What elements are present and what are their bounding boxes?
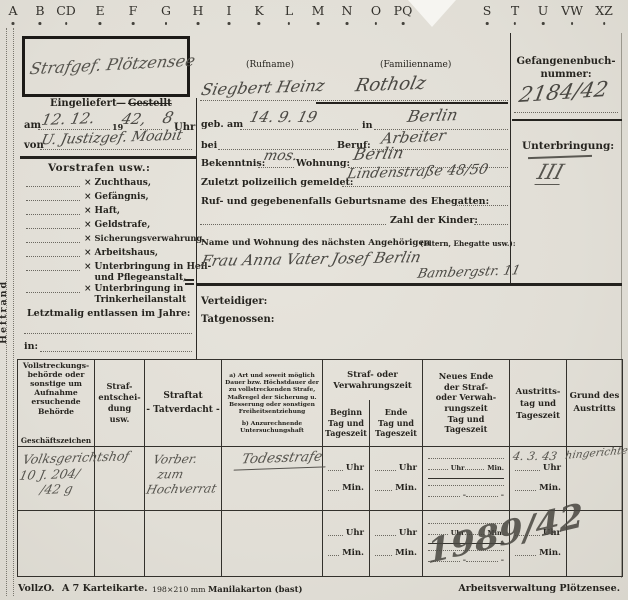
alphabet-tab: VW [561, 3, 583, 25]
familienname-label: (Familienname) [380, 60, 451, 70]
tab-dot [288, 22, 291, 25]
alphabet-tab: A [8, 3, 17, 25]
prisoner-index-card: A B CD E F G H I K L M N O PQ S T U VW X… [0, 0, 628, 600]
cell-straftat [145, 511, 222, 577]
alphabet-letter: I [227, 3, 232, 18]
registration-mark [185, 283, 194, 285]
unterbringung-label: Unterbringung: [522, 140, 614, 152]
rule [328, 555, 339, 556]
vorstrafen-item: ×Sicherungsverwahrung, [26, 234, 205, 244]
vorstrafen-item: ×Unterbringung in Trinkerheilanstalt [26, 284, 186, 306]
rule [428, 496, 460, 497]
rule [466, 496, 498, 497]
rule [200, 224, 386, 225]
cross-mark: × [84, 220, 92, 230]
registration-mark [185, 279, 194, 281]
prison-name-box: Strafgef. Plötzensee [22, 36, 190, 97]
surname-underline [316, 102, 508, 104]
rule [515, 490, 536, 491]
section-rule [196, 283, 622, 286]
rule [40, 149, 192, 150]
birthdate-handwriting: 14. 9. 19 [248, 108, 319, 126]
tab-dot [375, 22, 378, 25]
rule [428, 469, 448, 470]
alphabet-tab: L [285, 3, 293, 25]
header-straftat: Straftat - Tatverdacht - [145, 360, 222, 447]
in-label: in [362, 120, 373, 131]
tab-dot [132, 22, 135, 25]
vorstrafen-item: ×Gefängnis, [26, 192, 149, 203]
tatgenossen-label: Tatgenossen: [201, 314, 274, 325]
vorstrafen-item: ×Unterbringung in Heil- und Pflegeanstal… [26, 262, 211, 284]
alphabet-letter: CD [56, 3, 76, 18]
cell-neues-ende: UhrMin. –– [423, 447, 510, 511]
prison-name-handwriting: Strafgef. Plötzensee [28, 51, 197, 79]
pencil-underline [528, 155, 592, 159]
tab-dot [165, 22, 168, 25]
alphabet-letter: T [511, 3, 519, 18]
geb-am-label: geb. am [201, 119, 243, 130]
index-notch-cutout [408, 0, 456, 27]
in-label: in: [24, 341, 38, 352]
rule [452, 205, 508, 206]
footer-administration-label: Arbeitsverwaltung Plötzensee. [458, 583, 620, 594]
delivered-from-handwriting: U. Justizgef. Moabit [40, 128, 184, 149]
rule [515, 470, 540, 471]
alphabet-letter: G [161, 3, 171, 18]
rule [328, 490, 339, 491]
rule [24, 333, 192, 334]
rule [26, 262, 80, 271]
rule [375, 535, 396, 536]
alphabet-tab: O [371, 3, 381, 25]
registered-address-handwriting: Lindenstraße 48/50 [346, 162, 490, 183]
cell-ende: Uhr Min. [370, 511, 423, 577]
heftrand-label: Heftrand [0, 252, 9, 344]
cell-ende: Uhr Min. [370, 447, 423, 511]
rule [26, 192, 80, 201]
alphabet-letter: N [342, 3, 353, 18]
alphabet-tab: M [312, 3, 325, 25]
letztmalig-label: Letztmalig entlassen im Jahre: [27, 308, 190, 319]
eingeliefert-label: Eingeliefert [50, 98, 117, 109]
wohnung-label: Wohnung: [296, 158, 350, 169]
tab-dot [99, 22, 102, 25]
alphabet-letter: K [254, 3, 263, 18]
tab-dot [258, 22, 261, 25]
rule [465, 469, 485, 470]
rule [26, 248, 80, 257]
court-case-handwriting: Volksgerichtshof 10 J. 204/ /42 g [15, 448, 131, 499]
rule [200, 100, 508, 101]
vorstrafen-item: ×Zuchthaus, [26, 178, 151, 189]
prisoner-number-handwriting: 2184/42 [517, 77, 610, 107]
tab-dot [514, 22, 517, 25]
cross-mark: × [84, 262, 92, 272]
cell-behoerde [18, 511, 95, 577]
alphabet-tab: U [538, 3, 549, 25]
left-column-divider [196, 98, 197, 359]
rule [328, 470, 343, 471]
binding-margin-line [13, 28, 14, 596]
alphabet-letter: U [538, 3, 549, 18]
cross-mark: × [84, 192, 92, 202]
tab-dot [65, 22, 68, 25]
ehegatte-label: Ruf- und gegebenenfalls Geburtsname des … [201, 196, 489, 207]
cell-beginn: Uhr Min. [323, 447, 370, 511]
header-ende: Ende Tag und Tageszeit [370, 400, 423, 447]
exit-date-handwriting: 4. 3. 43 [512, 449, 559, 463]
tab-dot [12, 22, 15, 25]
rule [328, 535, 343, 536]
alphabet-tab: S [483, 3, 492, 25]
tab-dot [39, 22, 42, 25]
footer-material-label: Manilakarton (bast) [208, 584, 302, 594]
tab-dot [571, 22, 574, 25]
rule [428, 478, 504, 480]
bei-label: bei [201, 140, 217, 151]
vorstrafen-item: ×Geldstrafe, [26, 220, 150, 231]
cell-beginn: Uhr Min. [323, 511, 370, 577]
surname-handwriting: Rotholz [353, 73, 427, 96]
alphabet-letter: E [95, 3, 104, 18]
given-name-handwriting: Siegbert Heinz [199, 76, 326, 99]
cross-mark: × [84, 234, 92, 244]
section-rule [512, 119, 622, 121]
vorstrafen-item: ×Haft, [26, 206, 120, 217]
footer-dimensions-label: 198×210 mm [152, 585, 206, 594]
rule [375, 555, 392, 556]
header-austrittstag: Austritts- tag und Tageszeit [510, 360, 567, 447]
rule [428, 458, 504, 459]
alphabet-letter: F [129, 3, 138, 18]
alphabet-letter: O [371, 3, 381, 18]
cross-mark: × [84, 178, 92, 188]
vorstrafen-item: ×Arbeitshaus, [26, 248, 158, 259]
dash-label: — [116, 98, 126, 109]
alphabet-letter: A [8, 3, 17, 18]
rule [26, 234, 80, 243]
alphabet-letter: B [35, 3, 44, 18]
verteidiger-label: Verteidiger: [201, 296, 267, 307]
alphabet-tab: B [35, 3, 44, 25]
header-verwahrungszeit-group: Straf- oder Verwahrungszeit [323, 360, 423, 400]
next-of-kin-address-handwriting: Bambergstr. 11 [416, 263, 522, 282]
tab-dot [197, 22, 200, 25]
alphabet-letter: L [285, 3, 293, 18]
header-vollstreckungsbehoerde: Vollstreckungs- behörde oder sonstige um… [18, 360, 95, 447]
footer-vollzo-label: VollzO. [18, 583, 54, 594]
rule [375, 490, 392, 491]
vorstrafen-title: Vorstrafen usw.: [48, 162, 150, 174]
rule [258, 167, 294, 168]
alphabet-tab: N [342, 3, 353, 25]
tab-dot [317, 22, 320, 25]
gemeldet-label: Zuletzt polizeilich gemeldet: [201, 177, 353, 188]
tab-dot [542, 22, 545, 25]
rule [515, 555, 536, 556]
cross-mark: × [84, 284, 92, 294]
residence-handwriting: Berlin [352, 143, 406, 164]
alphabet-tab: H [193, 3, 204, 25]
alphabet-tab: T [511, 3, 519, 25]
tab-dot [228, 22, 231, 25]
header-strafart: a) Art und soweit mög­lich Dauer bzw. Hö… [222, 360, 323, 447]
alphabet-tab: CD [56, 3, 76, 25]
alphabet-tab: G [161, 3, 171, 25]
angehoerige-sub-label: (Eltern, Ehegatte usw.): [420, 239, 516, 248]
rule [40, 351, 192, 352]
alphabet-letter: XZ [595, 3, 613, 18]
header-strafentscheidung: Straf- entschei- dung usw. [95, 360, 145, 447]
section-rule [20, 156, 196, 159]
birthplace-handwriting: Berlin [406, 105, 460, 126]
rule [26, 206, 80, 215]
kinder-label: Zahl der Kinder: [390, 215, 478, 226]
header-grund: Grund des Austritts [567, 360, 623, 447]
cross-mark: × [84, 206, 92, 216]
alphabet-tab: E [95, 3, 104, 25]
rule [375, 470, 396, 471]
alphabet-tab: I [227, 3, 232, 25]
cell-strafe [222, 511, 323, 577]
alphabet-letter: H [193, 3, 204, 18]
rule [428, 485, 504, 486]
alphabet-tab: K [254, 3, 263, 25]
rule [514, 112, 618, 113]
death-sentence-handwriting: Todesstrafe [234, 448, 330, 470]
header-neues-ende: Neues Ende der Straf- oder Verwah- rungs… [423, 360, 510, 447]
cell-entscheidung [95, 511, 145, 577]
alphabet-tab: F [129, 3, 138, 25]
delivery-year-handwriting: 42, [120, 110, 148, 128]
tab-dot [486, 22, 489, 25]
alphabet-letter: VW [561, 3, 583, 18]
rule [26, 220, 80, 229]
rule [342, 186, 510, 187]
housing-unit-handwriting: III [534, 160, 566, 185]
tab-dot [603, 22, 606, 25]
tab-dot [402, 22, 405, 25]
tab-dot [346, 22, 349, 25]
rule [474, 224, 508, 225]
angehoerige-label: Name und Wohnung des nächsten Angehörige… [201, 238, 430, 248]
footer-card-type-label: A 7 Karteikarte. [62, 583, 148, 594]
next-of-kin-handwriting: Frau Anna Vater Josef Berlin [199, 248, 422, 270]
alphabet-letter: M [312, 3, 325, 18]
rule [240, 129, 358, 130]
alphabet-tab: XZ [595, 3, 613, 25]
delivery-date-handwriting: 12. 12. [40, 109, 97, 129]
alphabet-letter: S [483, 3, 492, 18]
header-beginn: Beginn Tag und Tageszeit [323, 400, 370, 447]
offense-handwriting: Vorber. zum Hochverrat [145, 451, 225, 497]
religion-handwriting: mos. [262, 148, 299, 164]
bekenntnis-label: Bekenntnis: [201, 158, 265, 169]
rule [26, 284, 80, 293]
rule [26, 178, 80, 187]
cross-mark: × [84, 248, 92, 258]
rufname-label: (Rufname) [246, 60, 294, 70]
